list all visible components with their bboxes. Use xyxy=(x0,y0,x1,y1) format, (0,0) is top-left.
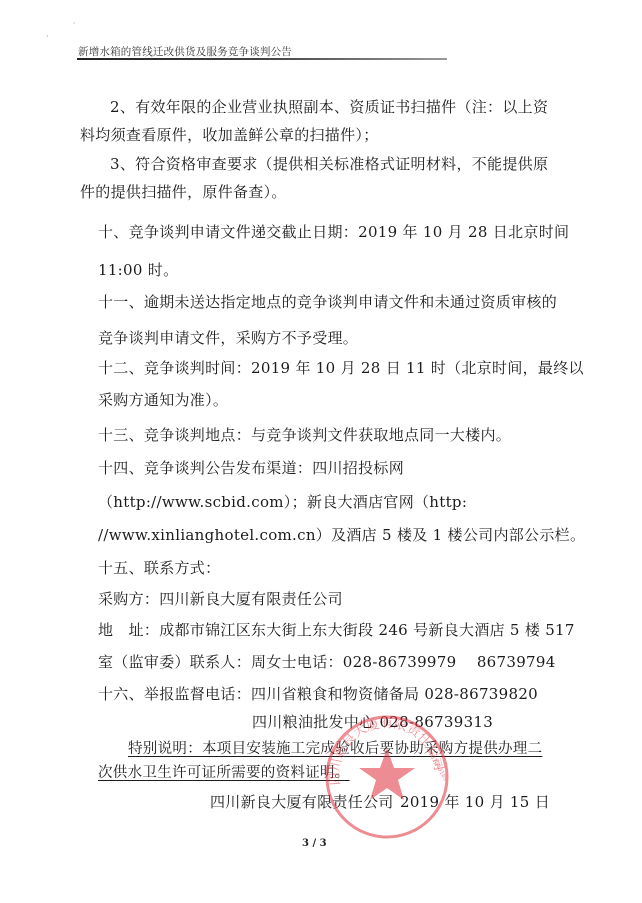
body-line: //www.xinlianghotel.com.cn）及酒店 5 楼及 1 楼公… xyxy=(98,524,585,545)
contact-person-phone: 室（监审委）联系人：周女士电话：028-86739979 86739794 xyxy=(98,651,556,672)
body-line: 竞争谈判申请文件，采购方不予受理。 xyxy=(98,327,358,348)
body-line: 采购方通知为准）。 xyxy=(98,389,228,410)
contact-buyer: 采购方：四川新良大厦有限责任公司 xyxy=(98,588,343,609)
section-sixteen: 十六、举报监督电话：四川省粮食和物资储备局 028-86739820 xyxy=(98,683,538,704)
body-line: 件的提供扫描件，原件备查）。 xyxy=(80,181,287,202)
signature-company: 四川新良大厦有限责任公司 xyxy=(210,791,394,812)
section-thirteen: 十三、竞争谈判地点：与竞争谈判文件获取地点同一大楼内。 xyxy=(98,424,511,445)
section-fifteen: 十五、联系方式： xyxy=(98,557,220,578)
signature-date: 2019 年 10 月 15 日 xyxy=(400,791,550,812)
body-line: 料均须查看原件，收加盖鲜公章的扫描件）； xyxy=(80,124,379,145)
section-eleven: 十一、逾期未送达指定地点的竞争谈判申请文件和未通过资质审核的 xyxy=(98,291,557,312)
supervision-phone-2: 四川粮油批发中心 028-86739313 xyxy=(252,711,493,732)
section-twelve: 十二、竞争谈判时间：2019 年 10 月 28 日 11 时（北京时间，最终以 xyxy=(98,357,584,378)
page-number: 3 / 3 xyxy=(302,838,327,849)
section-fourteen: 十四、竞争谈判公告发布渠道：四川招投标网 xyxy=(98,457,404,478)
body-line: 3、符合资格审查要求（提供相关标准格式证明材料，不能提供原 xyxy=(110,153,548,174)
special-note: 特别说明：本项目安装施工完成验收后要协助采购方提供办理二 xyxy=(128,737,542,758)
scan-speck: ˙ xyxy=(72,22,76,31)
header-divider xyxy=(77,58,447,60)
body-line: （http://www.scbid.com）；新良大酒店官网（http: xyxy=(98,491,467,512)
body-line: 11:00 时。 xyxy=(98,259,178,280)
section-ten: 十、竞争谈判申请文件递交截止日期：2019 年 10 月 28 日北京时间 xyxy=(98,221,569,242)
body-line: 2、有效年限的企业营业执照副本、资质证书扫描件（注：以上资 xyxy=(110,96,548,117)
document-header-title: 新增水箱的管线迁改供货及服务竞争谈判公告 xyxy=(78,44,448,58)
special-note-cont: 次供水卫生许可证所需要的资料证明。 xyxy=(98,761,350,782)
scan-speck: · xyxy=(46,32,49,41)
contact-address: 地 址：成都市锦江区东大街上东大街段 246 号新良大酒店 5 楼 517 xyxy=(98,619,575,640)
